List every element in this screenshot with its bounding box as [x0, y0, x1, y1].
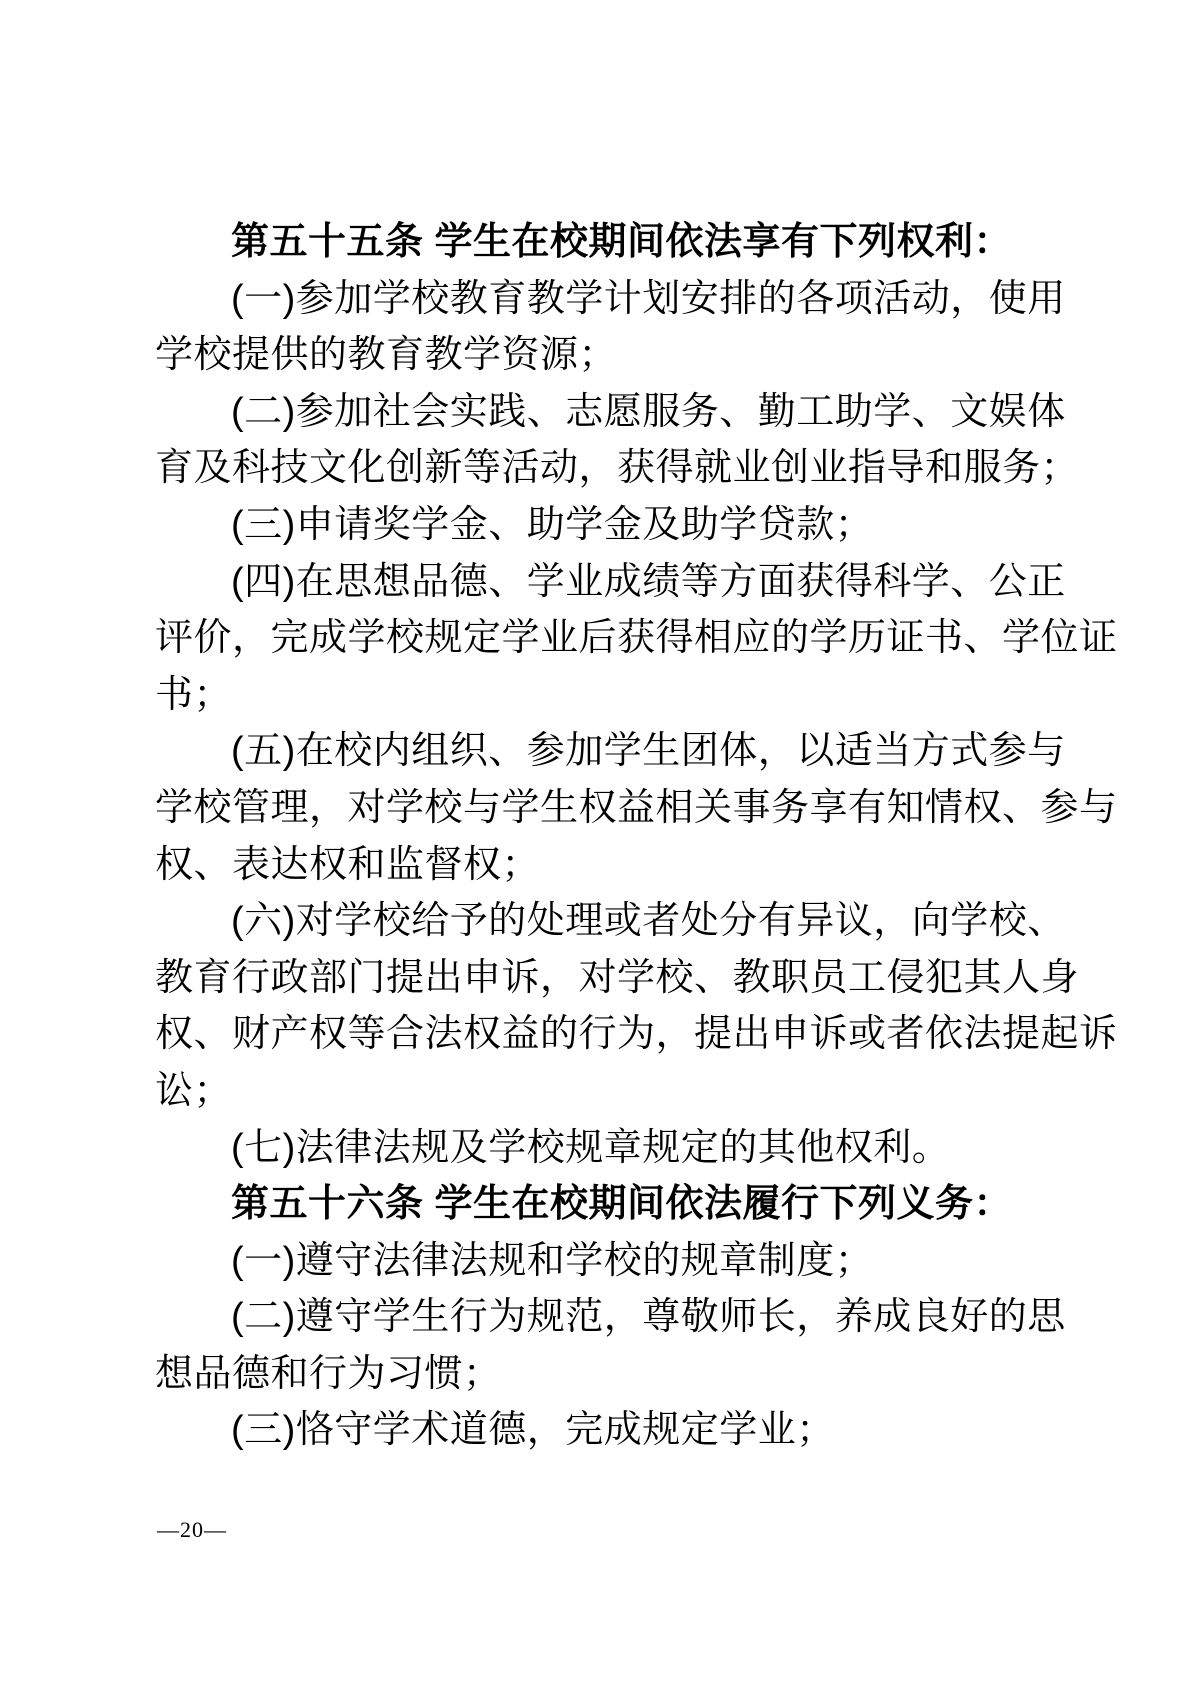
text-line: (二)遵守学生行为规范，尊敬师长，养成良好的思: [155, 1289, 1037, 1346]
text-line: 权、表达权和监督权；: [155, 837, 1037, 894]
text-line: 讼；: [155, 1063, 1037, 1120]
text-line: 育及科技文化创新等活动，获得就业创业指导和服务；: [155, 440, 1037, 497]
text-line: 权、财产权等合法权益的行为，提出申诉或者依法提起诉: [155, 1006, 1037, 1063]
text-line: (七)法律法规及学校规章规定的其他权利。: [155, 1120, 1037, 1177]
text-line: (三)恪守学术道德，完成规定学业；: [155, 1402, 1037, 1459]
text-line: (三)申请奖学金、助学金及助学贷款；: [155, 497, 1037, 554]
text-line: 学校提供的教育教学资源；: [155, 327, 1037, 384]
text-line: (四)在思想品德、学业成绩等方面获得科学、公正: [155, 554, 1037, 611]
text-line: (二)参加社会实践、志愿服务、勤工助学、文娱体: [155, 384, 1037, 441]
text-line: 学校管理，对学校与学生权益相关事务享有知情权、参与: [155, 780, 1037, 837]
text-line: (五)在校内组织、参加学生团体，以适当方式参与: [155, 723, 1037, 780]
page-number: —20—: [157, 1518, 227, 1542]
article-heading-line: 第五十五条 学生在校期间依法享有下列权利：: [155, 214, 1037, 271]
text-line: 书；: [155, 667, 1037, 724]
text-line: 教育行政部门提出申诉，对学校、教职员工侵犯其人身: [155, 950, 1037, 1007]
article-heading-line: 第五十六条 学生在校期间依法履行下列义务：: [155, 1176, 1037, 1233]
text-line: (一)参加学校教育教学计划安排的各项活动，使用: [155, 271, 1037, 328]
text-line: 想品德和行为习惯；: [155, 1346, 1037, 1403]
document-page: 第五十五条 学生在校期间依法享有下列权利：(一)参加学校教育教学计划安排的各项活…: [0, 0, 1191, 1684]
text-line: 评价，完成学校规定学业后获得相应的学历证书、学位证: [155, 610, 1037, 667]
document-body: 第五十五条 学生在校期间依法享有下列权利：(一)参加学校教育教学计划安排的各项活…: [155, 214, 1037, 1459]
text-line: (一)遵守法律法规和学校的规章制度；: [155, 1233, 1037, 1290]
text-line: (六)对学校给予的处理或者处分有异议，向学校、: [155, 893, 1037, 950]
